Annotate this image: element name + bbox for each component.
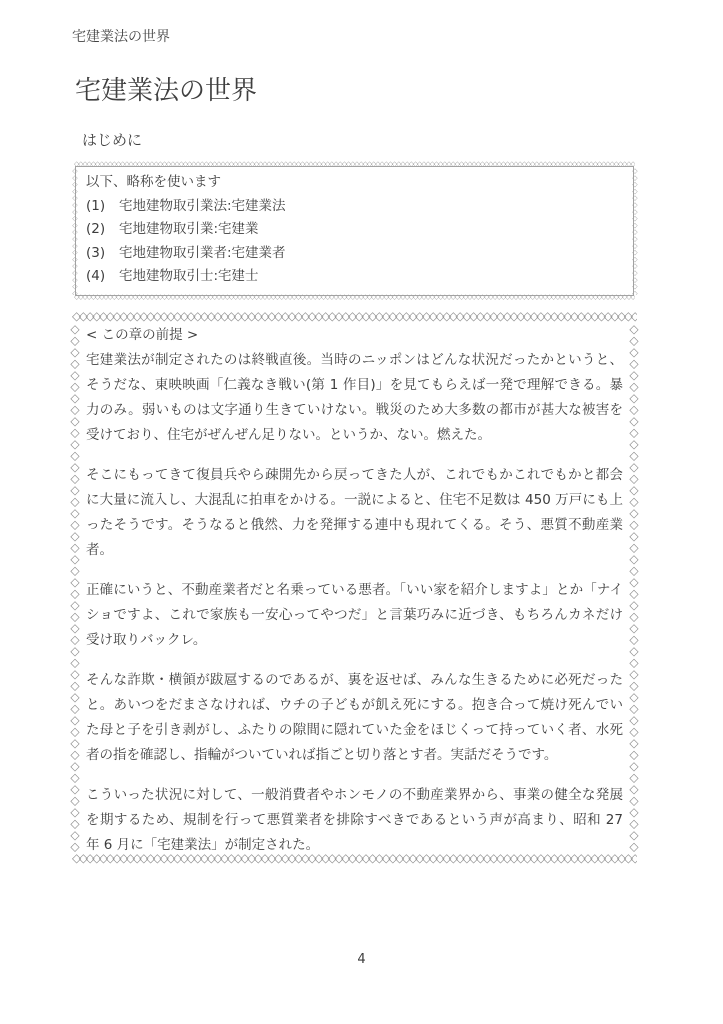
premise-paragraph: 正確にいうと、不動産業者だと名乗っている悪者。「いい家を紹介しますよ」とか「ナイ…	[86, 578, 623, 653]
premise-box-inner: < この章の前提 > 宅建業法が制定されたのは終戦直後。当時のニッポンはどんな状…	[74, 316, 635, 860]
abbreviation-item: (2) 宅地建物取引業:宅建業	[86, 218, 623, 242]
abbreviation-item-text: 宅地建物取引業:宅建業	[119, 218, 623, 242]
abbreviation-box: ◇◇◇◇◇◇◇◇◇◇◇◇◇◇◇◇◇◇◇◇◇◇◇◇◇◇◇◇◇◇◇◇◇◇◇◇◇◇◇◇…	[74, 164, 635, 298]
premise-paragraph: そこにもってきて復員兵やら疎開先から戻ってきた人が、これでもかこれでもかと都会に…	[86, 463, 623, 563]
abbreviation-item-number: (4)	[86, 265, 119, 289]
page-number: 4	[0, 952, 723, 967]
abbreviation-item-text: 宅地建物取引業法:宅建業法	[119, 195, 623, 219]
abbreviation-intro: 以下、略称を使います	[86, 171, 623, 195]
abbreviation-item-number: (2)	[86, 218, 119, 242]
abbreviation-box-inner: 以下、略称を使います (1) 宅地建物取引業法:宅建業法 (2) 宅地建物取引業…	[75, 166, 634, 296]
abbreviation-item: (4) 宅地建物取引士:宅建士	[86, 265, 623, 289]
premise-paragraph: 宅建業法が制定されたのは終戦直後。当時のニッポンはどんな状況だったかというと、そ…	[86, 348, 623, 448]
premise-paragraph: そんな詐欺・横領が跋扈するのであるが、裏を返せば、みんな生きるために必死だったと…	[86, 668, 623, 768]
premise-paragraph: こういった状況に対して、一般消費者やホンモノの不動産業界から、事業の健全な発展を…	[86, 783, 623, 858]
abbreviation-item-number: (3)	[86, 242, 119, 266]
page-title: 宅建業法の世界	[75, 74, 257, 108]
abbreviation-item-text: 宅地建物取引士:宅建士	[119, 265, 623, 289]
abbreviation-item-text: 宅地建物取引業者:宅建業者	[119, 242, 623, 266]
premise-heading: < この章の前提 >	[86, 323, 623, 348]
section-heading: はじめに	[82, 130, 142, 150]
abbreviation-item-number: (1)	[86, 195, 119, 219]
document-page: 宅建業法の世界 宅建業法の世界 はじめに ◇◇◇◇◇◇◇◇◇◇◇◇◇◇◇◇◇◇◇…	[0, 0, 723, 1024]
premise-box: ◇◇◇◇◇◇◇◇◇◇◇◇◇◇◇◇◇◇◇◇◇◇◇◇◇◇◇◇◇◇◇◇◇◇◇◇◇◇◇◇…	[74, 316, 635, 860]
running-header: 宅建業法の世界	[72, 28, 170, 46]
abbreviation-item: (1) 宅地建物取引業法:宅建業法	[86, 195, 623, 219]
abbreviation-item: (3) 宅地建物取引業者:宅建業者	[86, 242, 623, 266]
